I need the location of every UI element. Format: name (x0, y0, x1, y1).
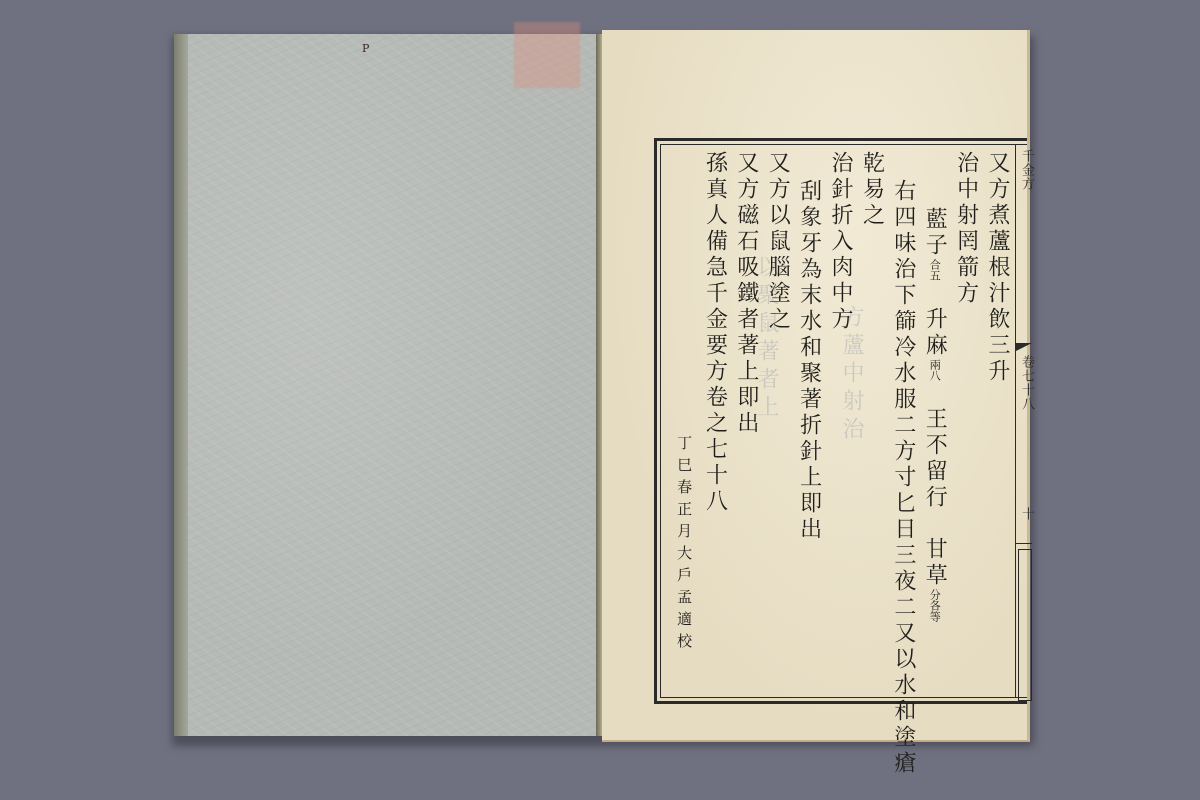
herb-dose: 分各等 (928, 589, 941, 622)
text-column-5: 乾易之 (856, 151, 887, 697)
text-column-1: 又方煮蘆根汁飲三升 (982, 151, 1013, 697)
margin-title: 千金方 (1017, 149, 1036, 191)
text-columns: 又方煮蘆根汁飲三升 治中射罔箭方 藍子合五升麻兩八王不留行甘草分各等 右四味治下… (667, 151, 1013, 697)
fish-tail-mark (1016, 343, 1032, 351)
print-frame-inner: 以聚鼠著者上 方蘆中射治 千金方 卷七十八 十 又方煮蘆根汁飲三升 治中射罔箭方… (660, 144, 1027, 698)
text-column-3-herbs: 藍子合五升麻兩八王不留行甘草分各等 (919, 151, 950, 697)
text-column-7: 刮象牙為末水和聚著折針上即出 (793, 151, 824, 697)
text-column-6: 治針折入肉中方 (825, 151, 856, 697)
book-spread: P 以聚鼠著者上 方蘆中射治 千金方 卷七十八 十 又方煮蘆根汁飲三升 治中射 (168, 30, 1033, 742)
seal-ghost-stamp (514, 22, 580, 88)
margin-column: 千金方 卷七十八 十 (1015, 145, 1032, 697)
text-column-9: 又方磁石吸鐵者著上即出 (730, 151, 761, 697)
text-column-2: 治中射罔箭方 (950, 151, 981, 697)
herb-name: 升麻 (922, 307, 947, 359)
herb-dose: 兩八 (928, 359, 941, 381)
right-printed-page: 以聚鼠著者上 方蘆中射治 千金方 卷七十八 十 又方煮蘆根汁飲三升 治中射罔箭方… (602, 30, 1030, 742)
margin-divider (1016, 543, 1032, 544)
herb-name: 甘草 (922, 537, 947, 589)
margin-folio: 十 (1017, 507, 1036, 521)
herb-dose: 合五 (928, 259, 941, 281)
text-column-10-title: 孫真人備急千金要方卷之七十八 (699, 151, 730, 697)
print-frame: 以聚鼠著者上 方蘆中射治 千金方 卷七十八 十 又方煮蘆根汁飲三升 治中射罔箭方… (654, 138, 1027, 704)
margin-box (1018, 549, 1032, 701)
herb-name: 王不留行 (922, 407, 947, 511)
margin-volume: 卷七十八 (1017, 355, 1036, 411)
cover-edge (174, 34, 188, 736)
colophon: 丁巳春正月大戶孟適校 (668, 151, 699, 697)
text-column-4: 右四味治下篩冷水服二方寸匕日三夜二又以水和塗瘡 (887, 151, 918, 697)
pencil-mark: P (362, 42, 369, 55)
left-endpaper: P (174, 34, 607, 736)
herb-name: 藍子 (922, 207, 947, 259)
text-column-8: 又方以鼠腦塗之 (762, 151, 793, 697)
